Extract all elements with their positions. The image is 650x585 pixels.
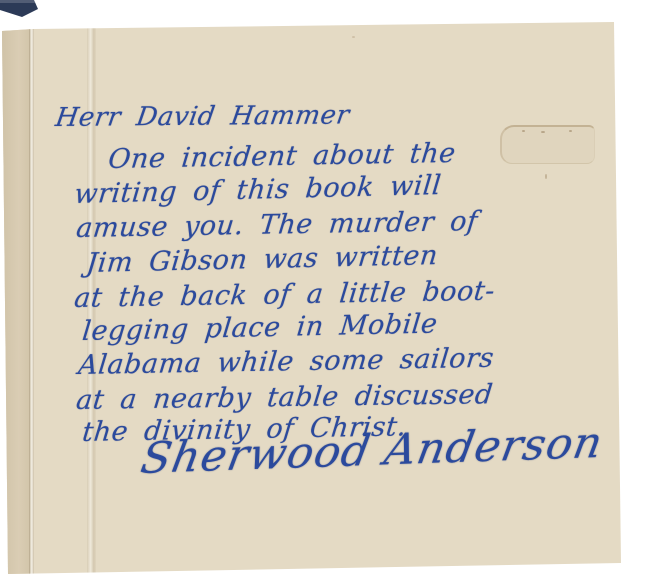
inscription-line: amuse you. The murder of — [75, 206, 479, 244]
flyleaf-page: Herr David HammerOne incident about thew… — [0, 0, 650, 585]
inscription-line: Herr David Hammer — [54, 100, 352, 133]
inscription-line: legging place in Mobile — [81, 309, 439, 347]
book-cover-corner — [0, 0, 38, 17]
photo-backdrop: Herr David HammerOne incident about thew… — [0, 0, 650, 585]
inscription-line: Jim Gibson was written — [85, 240, 440, 279]
inscription-line: Alabama while some sailors — [77, 343, 496, 381]
inscription-line: at a nearby table discussed — [75, 379, 495, 416]
inscription-line: writing of this book will — [73, 170, 443, 210]
inscription-text: Herr David HammerOne incident about thew… — [0, 0, 650, 585]
inscription-line: One incident about the — [107, 138, 458, 175]
